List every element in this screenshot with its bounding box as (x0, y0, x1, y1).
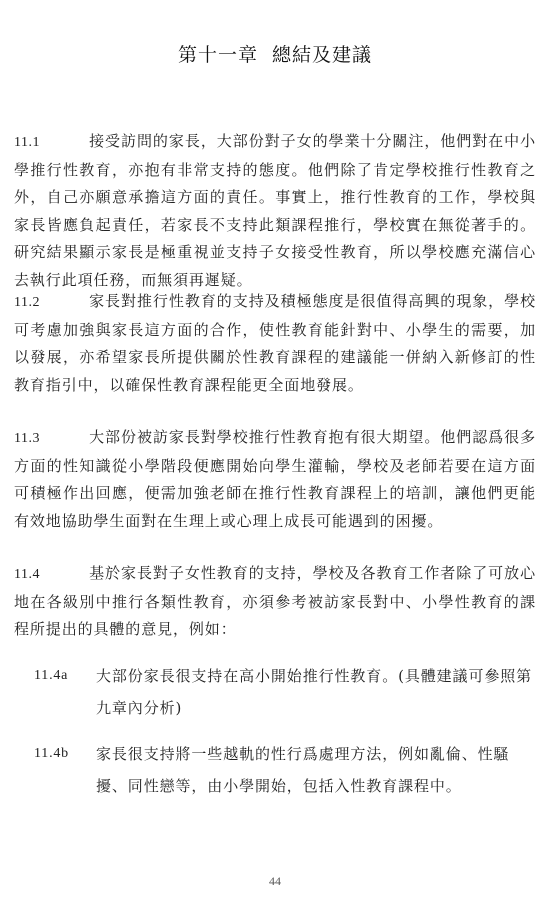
subitem-text: 家長很支持將一些越軌的性行爲處理方法，例如亂倫、性騷擾、同性戀等，由小學開始，包… (96, 738, 534, 802)
paragraph-text: 大部份被訪家長對學校推行性教育抱有很大期望。他們認爲很多方面的性知識從小學階段便… (14, 428, 536, 530)
chapter-number: 第十一章 (178, 44, 258, 66)
subitem-number: 11.4b (34, 738, 69, 770)
chapter-title: 第十一章總結及建議 (0, 40, 550, 67)
paragraph-text: 基於家長對子女性教育的支持，學校及各教育工作者除了可放心地在各級別中推行各類性教… (14, 564, 536, 638)
page-number: 44 (0, 874, 550, 889)
subitem-number: 11.4a (34, 660, 68, 692)
paragraph-text: 接受訪問的家長，大部份對子女的學業十分關注，他們對在中小學推行性教育，亦抱有非常… (14, 132, 536, 289)
subitem-text: 大部份家長很支持在高小開始推行性教育。(具體建議可參照第九章內分析) (96, 660, 534, 724)
paragraph-11-2: 11.2家長對推行性教育的支持及積極態度是很值得高興的現象，學校可考慮加強與家長… (14, 288, 536, 399)
document-page: 第十一章總結及建議 11.1接受訪問的家長，大部份對子女的學業十分關注，他們對在… (0, 0, 550, 911)
paragraph-number: 11.4 (14, 561, 89, 589)
subitem-11-4a: 11.4a 大部份家長很支持在高小開始推行性教育。(具體建議可參照第九章內分析) (34, 660, 534, 724)
subitem-11-4b: 11.4b 家長很支持將一些越軌的性行爲處理方法，例如亂倫、性騷擾、同性戀等，由… (34, 738, 534, 802)
paragraph-11-3: 11.3大部份被訪家長對學校推行性教育抱有很大期望。他們認爲很多方面的性知識從小… (14, 424, 536, 535)
paragraph-11-4: 11.4基於家長對子女性教育的支持，學校及各教育工作者除了可放心地在各級別中推行… (14, 560, 536, 644)
paragraph-text: 家長對推行性教育的支持及積極態度是很值得高興的現象，學校可考慮加強與家長這方面的… (14, 292, 536, 394)
paragraph-number: 11.2 (14, 289, 89, 317)
paragraph-11-1: 11.1接受訪問的家長，大部份對子女的學業十分關注，他們對在中小學推行性教育，亦… (14, 128, 536, 294)
chapter-heading: 總結及建議 (272, 44, 372, 66)
paragraph-number: 11.3 (14, 425, 89, 453)
paragraph-number: 11.1 (14, 129, 89, 157)
